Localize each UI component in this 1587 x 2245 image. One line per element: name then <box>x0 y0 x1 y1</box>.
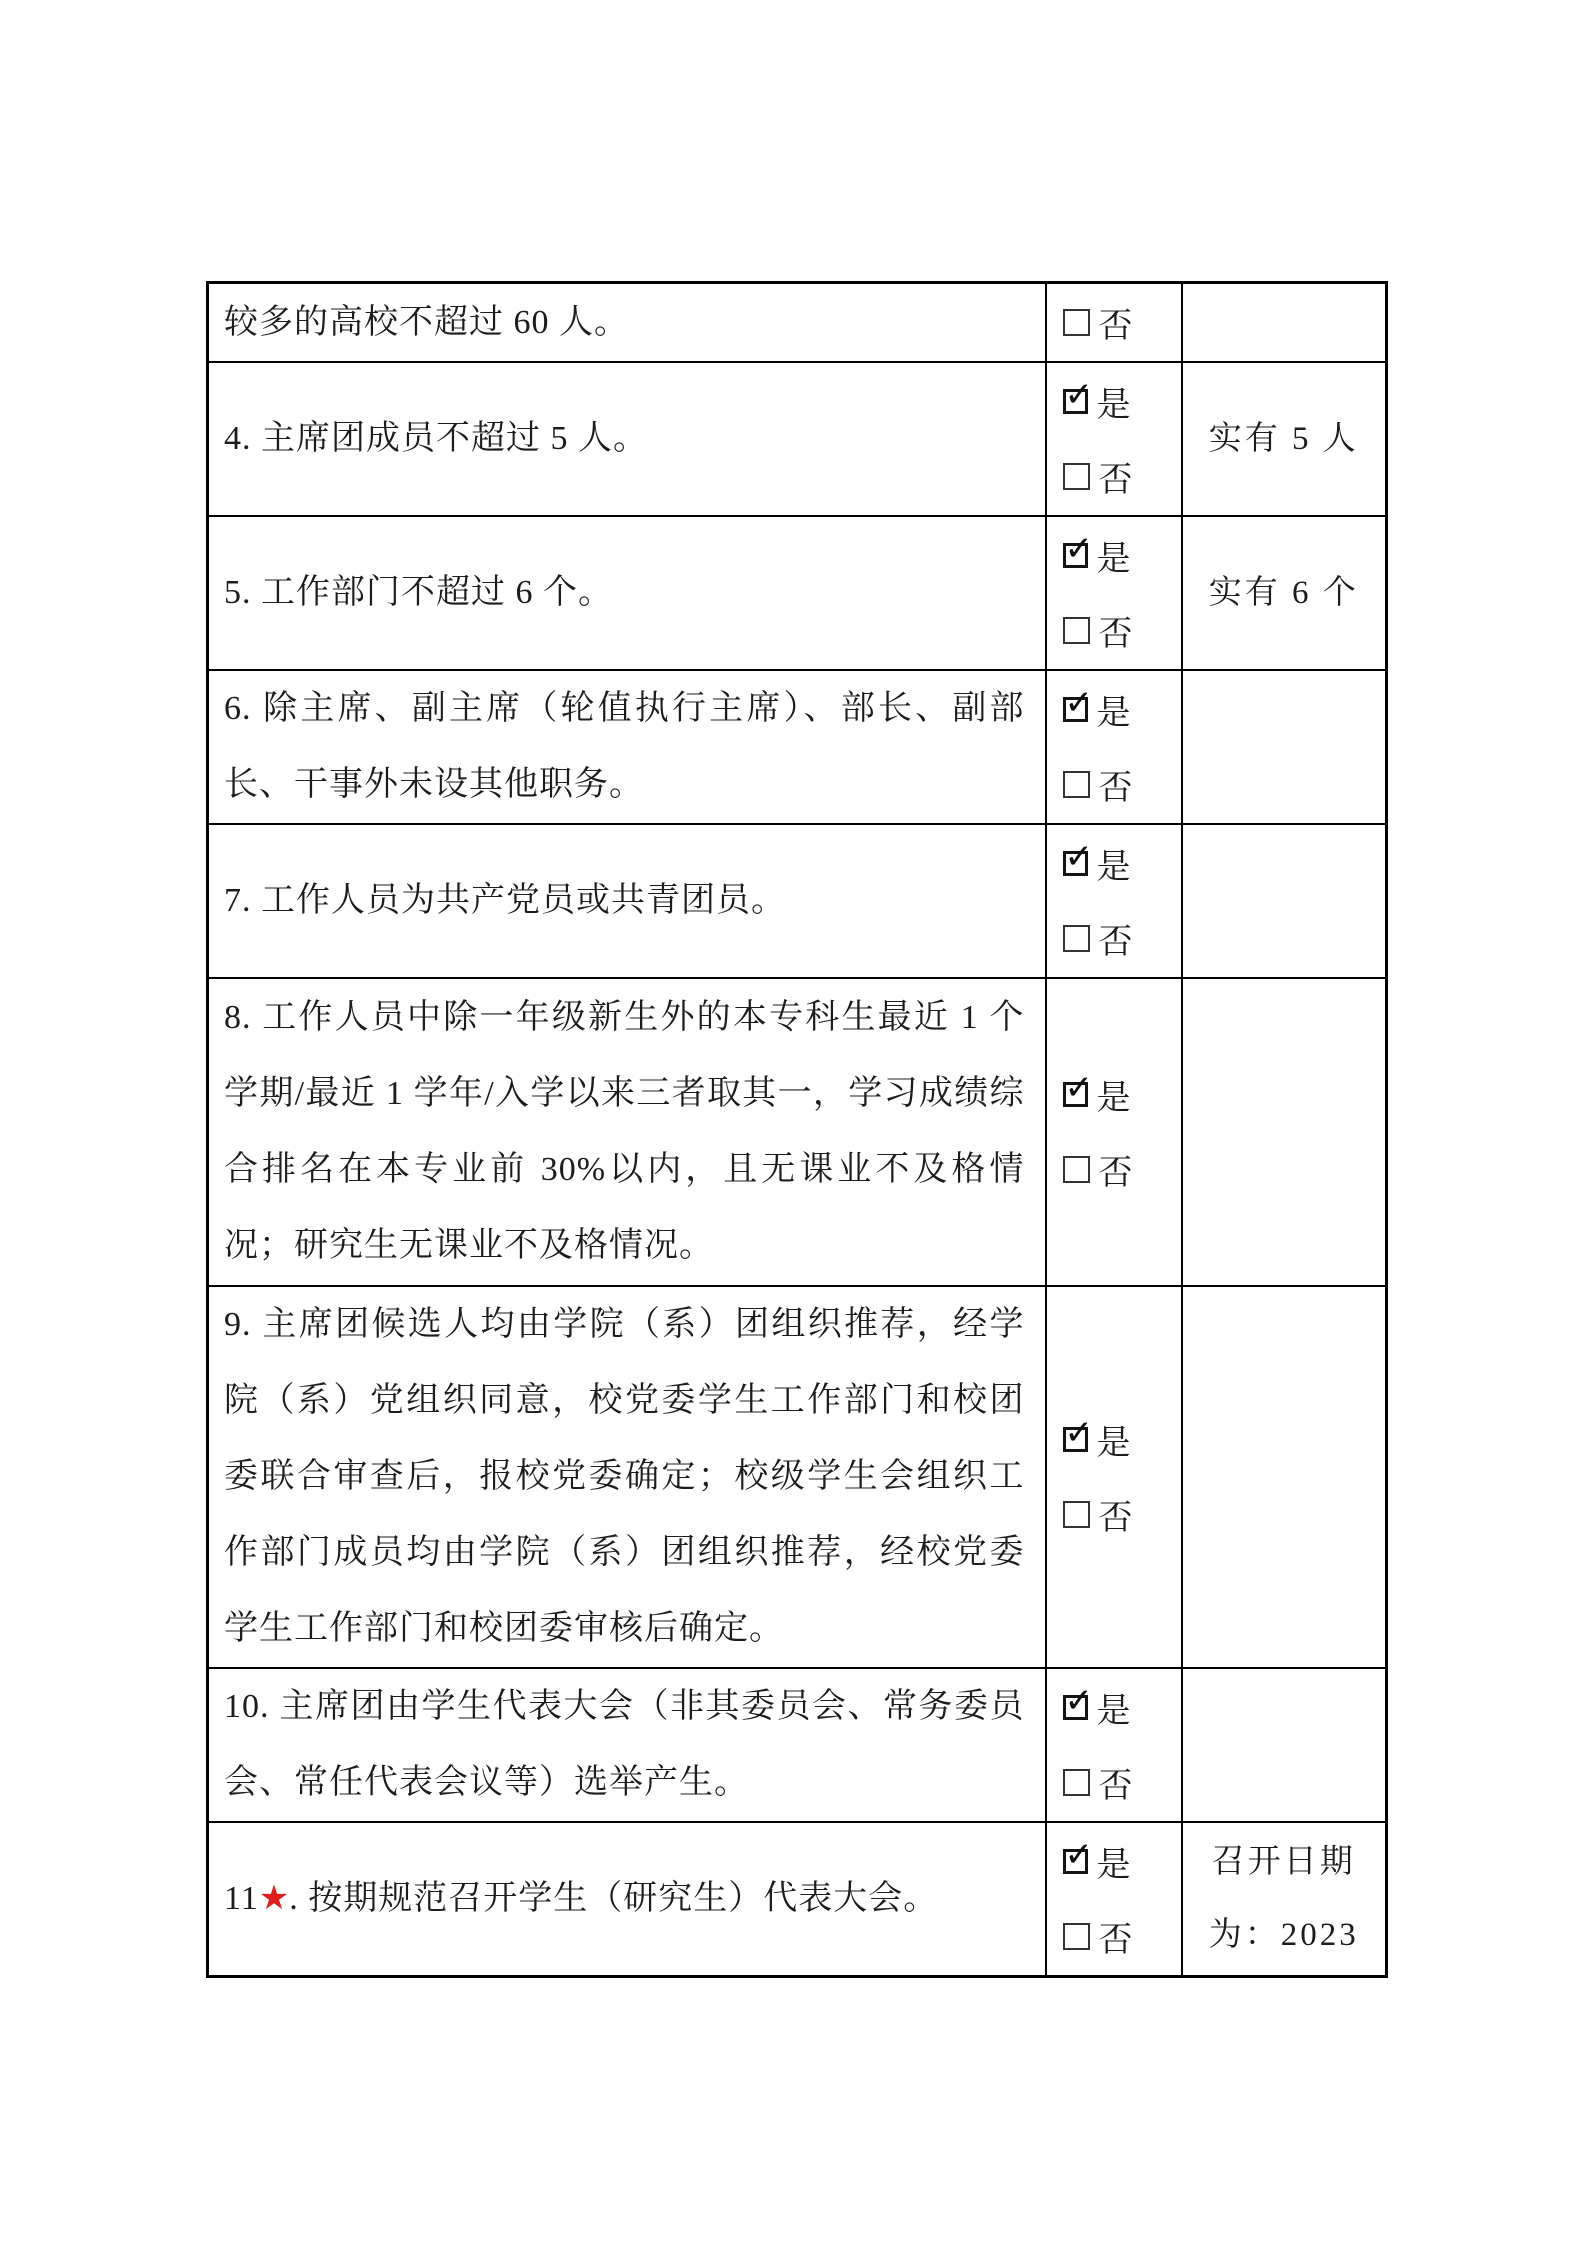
checkbox-yes-label: 是 <box>1097 685 1131 734</box>
checkbox-no-label: 否 <box>1099 760 1133 809</box>
yes-option: ✓ 是 <box>1063 826 1180 901</box>
table-row: 7. 工作人员为共产党员或共青团员。 ✓ 是 否 <box>208 824 1387 978</box>
checkbox-cell: ✓ 是 否 <box>1046 978 1182 1286</box>
table-row: 6. 除主席、副主席（轮值执行主席）、部长、副部长、干事外未设其他职务。 ✓ 是… <box>208 670 1387 824</box>
checked-checkbox-icon: ✓ <box>1063 1082 1088 1107</box>
checkbox-yes-label: 是 <box>1097 839 1131 888</box>
note-cell: 召开日期 为：2023 <box>1182 1822 1387 1977</box>
yes-option: ✓ 是 <box>1063 1402 1180 1477</box>
item-text: 5. 工作部门不超过 6 个。 <box>208 516 1046 670</box>
checkbox-no-label: 否 <box>1099 1145 1133 1194</box>
empty-checkbox-icon <box>1063 1156 1090 1183</box>
checkbox-no-label: 否 <box>1099 1490 1133 1539</box>
empty-checkbox-icon <box>1063 463 1090 490</box>
table-row: 4. 主席团成员不超过 5 人。 ✓ 是 否 实有 5 人 <box>208 362 1387 516</box>
checkbox-no-label: 否 <box>1099 606 1133 655</box>
yes-option: ✓ 是 <box>1063 364 1180 439</box>
checked-checkbox-icon: ✓ <box>1063 1849 1088 1874</box>
checkbox-cell: ✓ 是 否 <box>1046 670 1182 824</box>
checked-checkbox-icon: ✓ <box>1063 851 1088 876</box>
note-cell <box>1182 978 1387 1286</box>
checkbox-no-label: 否 <box>1099 1758 1133 1807</box>
table-row: 9. 主席团候选人均由学院（系）团组织推荐，经学院（系）党组织同意，校党委学生工… <box>208 1286 1387 1668</box>
table-row: 11★. 按期规范召开学生（研究生）代表大会。 ✓ 是 否 召开日期 为：202… <box>208 1822 1387 1977</box>
empty-checkbox-icon <box>1063 771 1090 798</box>
yes-option: ✓ 是 <box>1063 518 1180 593</box>
item-text: 10. 主席团由学生代表大会（非其委员会、常务委员会、常任代表会议等）选举产生。 <box>208 1668 1046 1822</box>
checkbox-no-label: 否 <box>1099 452 1133 501</box>
document-page: 较多的高校不超过 60 人。 否 4. 主席团成员不超过 5 人。 ✓ 是 <box>0 0 1587 2245</box>
item-text-label: 9. 主席团候选人均由学院（系）团组织推荐，经学院（系）党组织同意，校党委学生工… <box>224 1306 1025 1647</box>
item-text: 4. 主席团成员不超过 5 人。 <box>208 362 1046 516</box>
checkbox-cell: ✓ 是 否 <box>1046 1286 1182 1668</box>
empty-checkbox-icon <box>1063 617 1090 644</box>
yes-option: ✓ 是 <box>1063 1057 1180 1132</box>
table-row: 5. 工作部门不超过 6 个。 ✓ 是 否 实有 6 个 <box>208 516 1387 670</box>
note-cell <box>1182 1286 1387 1668</box>
note-text: 实有 6 个 <box>1189 557 1380 630</box>
checkbox-yes-label: 是 <box>1097 1837 1131 1886</box>
item-text: 较多的高校不超过 60 人。 <box>208 283 1046 363</box>
item-text-label: 8. 工作人员中除一年级新生外的本专科生最近 1 个学期/最近 1 学年/入学以… <box>224 999 1025 1264</box>
no-option: 否 <box>1063 593 1180 668</box>
no-option: 否 <box>1063 1745 1180 1820</box>
checkbox-no-label: 否 <box>1099 1912 1133 1961</box>
check-icon: ✓ <box>1065 532 1094 566</box>
check-icon: ✓ <box>1065 1838 1094 1872</box>
checked-checkbox-icon: ✓ <box>1063 1695 1088 1720</box>
checkbox-yes-label: 是 <box>1097 531 1131 580</box>
item-text-label: 较多的高校不超过 60 人。 <box>224 304 629 341</box>
yes-option: ✓ 是 <box>1063 672 1180 747</box>
item-text-label: . 按期规范召开学生（研究生）代表大会。 <box>289 1880 938 1917</box>
empty-checkbox-icon <box>1063 925 1090 952</box>
checklist-table: 较多的高校不超过 60 人。 否 4. 主席团成员不超过 5 人。 ✓ 是 <box>206 281 1388 1978</box>
item-text: 6. 除主席、副主席（轮值执行主席）、部长、副部长、干事外未设其他职务。 <box>208 670 1046 824</box>
checkbox-cell: ✓ 是 否 <box>1046 1668 1182 1822</box>
check-icon: ✓ <box>1065 1684 1094 1718</box>
item-text-label: 6. 除主席、副主席（轮值执行主席）、部长、副部长、干事外未设其他职务。 <box>224 690 1025 803</box>
note-cell <box>1182 670 1387 824</box>
item-text: 7. 工作人员为共产党员或共青团员。 <box>208 824 1046 978</box>
note-cell <box>1182 1668 1387 1822</box>
check-icon: ✓ <box>1065 686 1094 720</box>
no-option: 否 <box>1063 1132 1180 1207</box>
checked-checkbox-icon: ✓ <box>1063 1427 1088 1452</box>
table-row: 10. 主席团由学生代表大会（非其委员会、常务委员会、常任代表会议等）选举产生。… <box>208 1668 1387 1822</box>
check-icon: ✓ <box>1065 1416 1094 1450</box>
checkbox-cell: ✓ 是 否 <box>1046 362 1182 516</box>
empty-checkbox-icon <box>1063 1501 1090 1528</box>
checkbox-yes-label: 是 <box>1097 1070 1131 1119</box>
note-cell <box>1182 283 1387 363</box>
note-text: 实有 5 人 <box>1189 403 1380 476</box>
checkbox-yes-label: 是 <box>1097 377 1131 426</box>
item-text: 8. 工作人员中除一年级新生外的本专科生最近 1 个学期/最近 1 学年/入学以… <box>208 978 1046 1286</box>
item-text: 9. 主席团候选人均由学院（系）团组织推荐，经学院（系）党组织同意，校党委学生工… <box>208 1286 1046 1668</box>
no-option: 否 <box>1063 439 1180 514</box>
checkbox-yes-label: 是 <box>1097 1415 1131 1464</box>
table-row: 较多的高校不超过 60 人。 否 <box>208 283 1387 363</box>
checkbox-cell: ✓ 是 否 <box>1046 1822 1182 1977</box>
star-icon: ★ <box>259 1880 289 1917</box>
note-text: 为：2023 <box>1189 1899 1380 1972</box>
checkbox-no-label: 否 <box>1099 298 1133 347</box>
check-icon: ✓ <box>1065 840 1094 874</box>
note-cell <box>1182 824 1387 978</box>
checked-checkbox-icon: ✓ <box>1063 543 1088 568</box>
note-text: 召开日期 <box>1189 1826 1380 1899</box>
checked-checkbox-icon: ✓ <box>1063 389 1088 414</box>
yes-option: ✓ 是 <box>1063 1670 1180 1745</box>
check-icon: ✓ <box>1065 1071 1094 1105</box>
checkbox-cell: ✓ 是 否 <box>1046 824 1182 978</box>
item-number: 11 <box>224 1880 259 1917</box>
no-option: 否 <box>1063 901 1180 976</box>
item-text-label: 4. 主席团成员不超过 5 人。 <box>224 420 648 457</box>
no-option: 否 <box>1063 1477 1180 1552</box>
yes-option: ✓ 是 <box>1063 1824 1180 1899</box>
empty-checkbox-icon <box>1063 309 1090 336</box>
checkbox-no-label: 否 <box>1099 914 1133 963</box>
check-icon: ✓ <box>1065 378 1094 412</box>
note-cell: 实有 5 人 <box>1182 362 1387 516</box>
checkbox-yes-label: 是 <box>1097 1683 1131 1732</box>
checkbox-cell: 否 <box>1046 283 1182 363</box>
empty-checkbox-icon <box>1063 1923 1090 1950</box>
no-option: 否 <box>1063 285 1180 360</box>
no-option: 否 <box>1063 747 1180 822</box>
item-text-label: 7. 工作人员为共产党员或共青团员。 <box>224 882 786 919</box>
empty-checkbox-icon <box>1063 1769 1090 1796</box>
item-text-label: 5. 工作部门不超过 6 个。 <box>224 574 613 611</box>
item-text: 11★. 按期规范召开学生（研究生）代表大会。 <box>208 1822 1046 1977</box>
table-row: 8. 工作人员中除一年级新生外的本专科生最近 1 个学期/最近 1 学年/入学以… <box>208 978 1387 1286</box>
note-cell: 实有 6 个 <box>1182 516 1387 670</box>
no-option: 否 <box>1063 1899 1180 1974</box>
checked-checkbox-icon: ✓ <box>1063 697 1088 722</box>
item-text-label: 10. 主席团由学生代表大会（非其委员会、常务委员会、常任代表会议等）选举产生。 <box>224 1688 1025 1801</box>
checkbox-cell: ✓ 是 否 <box>1046 516 1182 670</box>
